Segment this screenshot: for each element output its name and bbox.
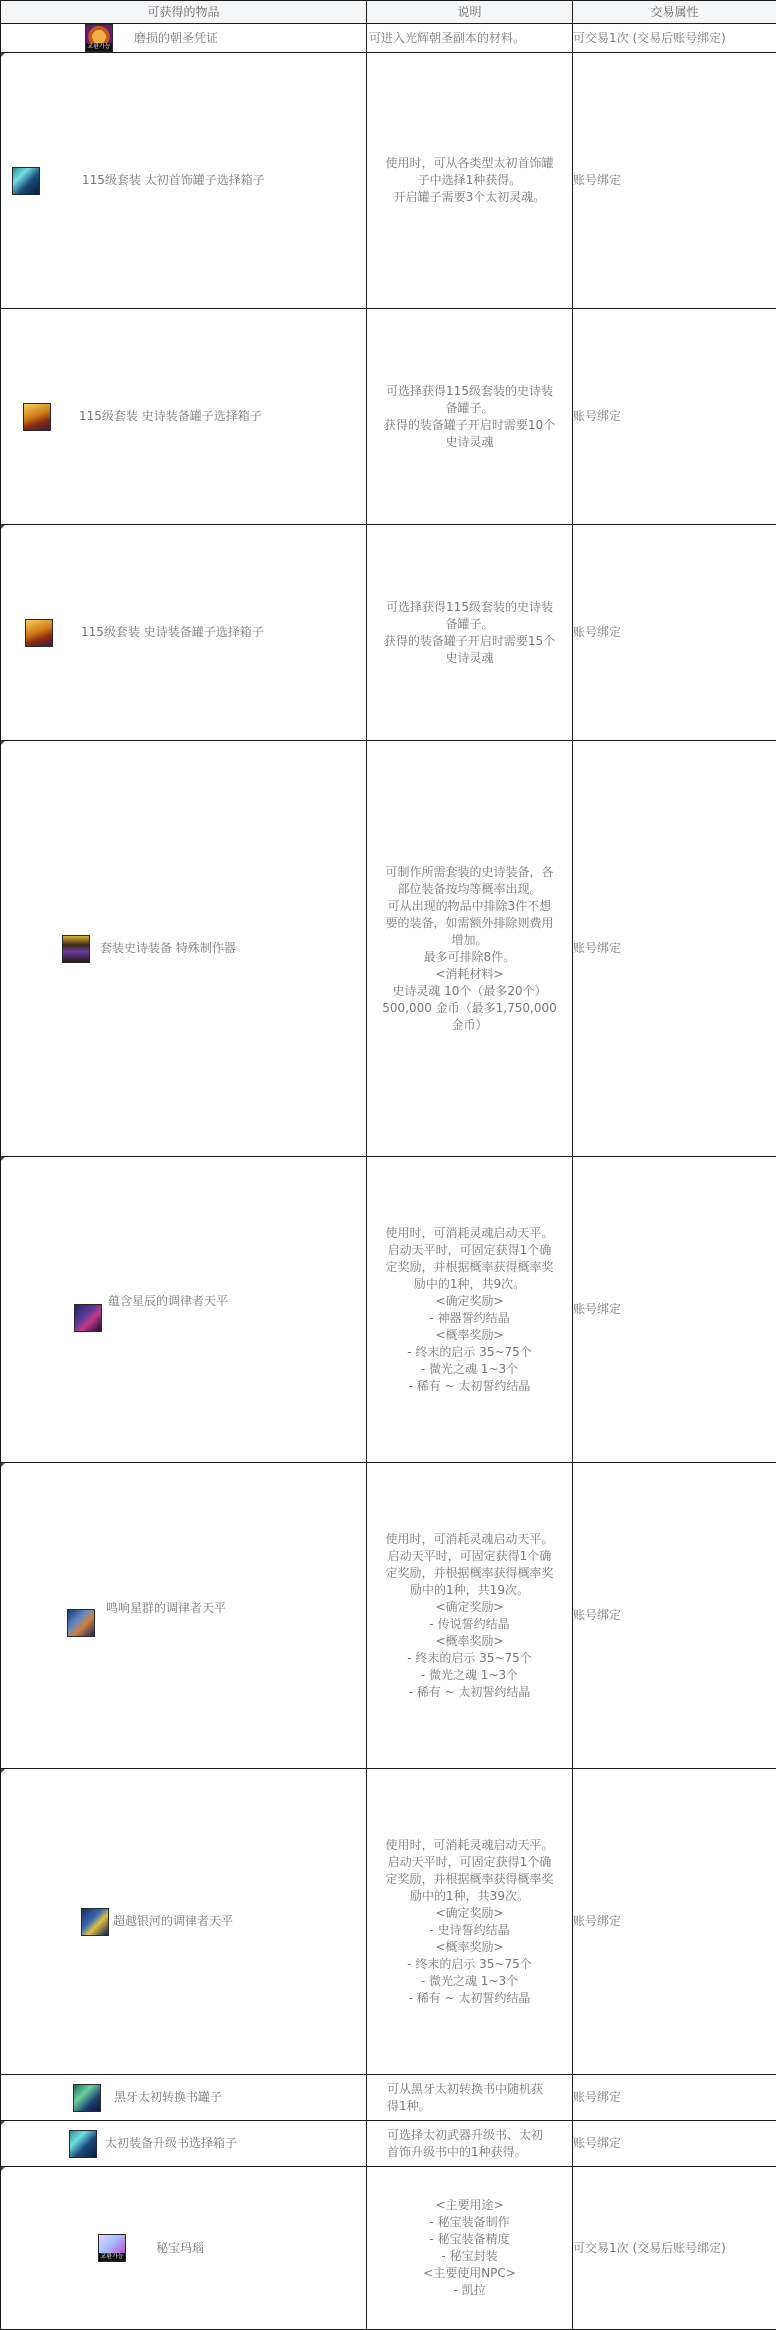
description-line: - 微光之魂 1~3个 (367, 1361, 572, 1378)
description-line: 开启罐子需要3个太初灵魂。 (367, 189, 572, 206)
item-description: 使用时，可从各类型太初首饰罐 子中选择1种获得。 开启罐子需要3个太初灵魂。 (367, 53, 573, 309)
description-line: 备罐子。 (367, 400, 572, 417)
description-line: 使用时，可消耗灵魂启动天平。 (367, 1837, 572, 1854)
item-description: 可从黑牙太初转换书中随机获 得1种。 (367, 2075, 573, 2121)
table-row: 鸣响星群的调律者天平 使用时，可消耗灵魂启动天平。 启动天平时，可固定获得1个确… (1, 1463, 776, 1769)
trade-attribute: 账号绑定 (573, 1157, 776, 1463)
description-line: 启动天平时，可固定获得1个确 (367, 1854, 572, 1871)
item-description: <主要用途> - 秘宝装备制作 - 秘宝装备精度 - 秘宝封装 <主要使用NPC… (367, 2167, 573, 2324)
description-line: <确定奖励> (367, 1599, 572, 1616)
constellation-scale-icon (67, 1609, 95, 1637)
description-line: 可选择太初武器升级书、太初 (387, 2127, 572, 2144)
table-row: 超越银河的调律者天平 使用时，可消耗灵魂启动天平。 启动天平时，可固定获得1个确… (1, 1769, 776, 2075)
description-line: 史诗灵魂 (367, 650, 572, 667)
description-line: 获得的装备罐子开启时需要10个 (367, 417, 572, 434)
item-description: 可选择获得115级套装的史诗装 备罐子。 获得的装备罐子开启时需要15个 史诗灵… (367, 525, 573, 741)
gold-box-icon (25, 619, 53, 647)
description-line: 使用时，可消耗灵魂启动天平。 (367, 1531, 572, 1548)
item-cell: 鸣响星群的调律者天平 (1, 1463, 367, 1769)
description-line: <消耗材料> (367, 966, 572, 983)
trade-attribute: 账号绑定 (573, 309, 776, 525)
item-cell: 교환가능 秘宝玛瑙 (1, 2167, 367, 2324)
table-row: 套装史诗装备 特殊制作器 可制作所需套装的史诗装备，各 部位装备按均等概率出现。… (1, 741, 776, 1157)
description-line: 定奖励，并根据概率获得概率奖 (367, 1565, 572, 1582)
table-row: 黑牙太初转换书罐子 可从黑牙太初转换书中随机获 得1种。 账号绑定 (1, 2075, 776, 2121)
item-cell: 교환가능 磨损的朝圣凭证 (1, 24, 367, 53)
description-line: 子中选择1种获得。 (367, 172, 572, 189)
description-line: <确定奖励> (367, 1293, 572, 1310)
description-line: 启动天平时，可固定获得1个确 (367, 1242, 572, 1259)
description-line: - 终末的启示 35~75个 (367, 1344, 572, 1361)
header-trade-attribute: 交易属性 (573, 1, 776, 24)
upgrade-book-box-icon (69, 2130, 97, 2158)
pilgrim-token-icon: 교환가능 (85, 24, 113, 52)
item-name: 套装史诗装备 特殊制作器 (100, 940, 236, 957)
comment-marker (1, 1769, 5, 1773)
description-line: - 传说誓约结晶 (367, 1616, 572, 1633)
table-row: 115级套装 太初首饰罐子选择箱子 使用时，可从各类型太初首饰罐 子中选择1种获… (1, 53, 776, 309)
description-line: - 秘宝装备制作 (367, 2214, 572, 2231)
trade-attribute: 可交易1次 (交易后账号绑定) (573, 24, 776, 53)
header-obtainable-items: 可获得的物品 (1, 1, 367, 24)
description-line: 励中的1种，共19次。 (367, 1582, 572, 1599)
item-cell: 蕴含星辰的调律者天平 (1, 1157, 367, 1463)
table-row: 115级套装 史诗装备罐子选择箱子 可选择获得115级套装的史诗装 备罐子。 获… (1, 525, 776, 741)
item-name: 磨损的朝圣凭证 (134, 30, 218, 47)
description-line: - 微光之魂 1~3个 (367, 1667, 572, 1684)
item-cell: 115级套装 史诗装备罐子选择箱子 (1, 309, 367, 525)
description-line: <概率奖励> (367, 1327, 572, 1344)
description-line: 得1种。 (387, 2098, 572, 2115)
trade-attribute: 账号绑定 (573, 53, 776, 309)
comment-marker (1, 525, 5, 529)
item-cell: 套装史诗装备 特殊制作器 (1, 741, 367, 1157)
description-line: - 秘宝装备精度 (367, 2231, 572, 2248)
description-line: 定奖励，并根据概率获得概率奖 (367, 1259, 572, 1276)
description-line: 金币） (367, 1017, 572, 1034)
description-line: <主要用途> (367, 2197, 572, 2214)
description-line: 部位装备按均等概率出现。 (367, 881, 572, 898)
description-line: - 凯拉 (367, 2282, 572, 2299)
description-line: 可进入光辉朝圣副本的材料。 (369, 30, 572, 47)
description-line: - 秘宝封装 (367, 2248, 572, 2265)
description-line: - 稀有 ~ 太初誓约结晶 (367, 1684, 572, 1701)
description-line: 最多可排除8件。 (367, 949, 572, 966)
comment-marker (1, 53, 5, 57)
table-row: 蕴含星辰的调律者天平 使用时，可消耗灵魂启动天平。 启动天平时，可固定获得1个确… (1, 1157, 776, 1463)
description-line: 使用时，可消耗灵魂启动天平。 (367, 1225, 572, 1242)
treasure-agate-icon: 교환가능 (98, 2234, 126, 2262)
galaxy-scale-icon (81, 1908, 109, 1936)
description-line: <确定奖励> (367, 1905, 572, 1922)
teal-box-icon (12, 167, 40, 195)
item-cell: 超越银河的调律者天平 (1, 1769, 367, 2075)
trade-attribute: 账号绑定 (573, 1463, 776, 1769)
description-line: - 终末的启示 35~75个 (367, 1650, 572, 1667)
item-cell: 太初装备升级书选择箱子 (1, 2121, 367, 2167)
item-description: 可选择太初武器升级书、太初 首饰升级书中的1种获得。 (367, 2121, 573, 2167)
description-line: 可从出现的物品中排除3件不想 (367, 898, 572, 915)
description-line: 定奖励，并根据概率获得概率奖 (367, 1871, 572, 1888)
item-name: 蕴含星辰的调律者天平 (108, 1293, 228, 1310)
trade-attribute: 账号绑定 (573, 525, 776, 741)
item-cell: 115级套装 太初首饰罐子选择箱子 (1, 53, 367, 309)
description-line: - 微光之魂 1~3个 (367, 1973, 572, 1990)
description-line: 励中的1种，共9次。 (367, 1276, 572, 1293)
table-row: 교환가능 磨损的朝圣凭证 可进入光辉朝圣副本的材料。 可交易1次 (交易后账号绑… (1, 24, 776, 53)
description-line: 增加。 (367, 932, 572, 949)
comment-marker (1, 1463, 5, 1467)
items-table: 可获得的物品 说明 交易属性 교환가능 磨损的朝圣凭证 可进入光辉朝圣副本的材料… (0, 0, 776, 2323)
description-line: 备罐子。 (367, 616, 572, 633)
conversion-book-jar-icon (73, 2084, 101, 2112)
table-header-row: 可获得的物品 说明 交易属性 (1, 1, 776, 24)
item-cell: 115级套装 史诗装备罐子选择箱子 (1, 525, 367, 741)
item-name: 115级套装 史诗装备罐子选择箱子 (79, 408, 262, 425)
header-description: 说明 (367, 1, 573, 24)
item-description: 可进入光辉朝圣副本的材料。 (367, 24, 573, 53)
star-scale-icon (74, 1304, 102, 1332)
item-description: 可选择获得115级套装的史诗装 备罐子。 获得的装备罐子开启时需要10个 史诗灵… (367, 309, 573, 525)
item-name: 115级套装 史诗装备罐子选择箱子 (81, 624, 264, 641)
description-line: 首饰升级书中的1种获得。 (387, 2144, 572, 2161)
description-line: 史诗灵魂 10个（最多20个） (367, 983, 572, 1000)
item-name: 115级套装 太初首饰罐子选择箱子 (82, 172, 265, 189)
description-line: <概率奖励> (367, 1939, 572, 1956)
tradeable-label: 교환가능 (86, 43, 112, 51)
gold-box-icon (23, 403, 51, 431)
special-maker-icon (62, 935, 90, 963)
item-description: 使用时，可消耗灵魂启动天平。 启动天平时，可固定获得1个确 定奖励，并根据概率获… (367, 1769, 573, 2075)
tradeable-label: 교환가능 (99, 2253, 125, 2261)
item-name: 秘宝玛瑙 (156, 2240, 204, 2257)
item-name: 黑牙太初转换书罐子 (114, 2089, 222, 2106)
description-line: 启动天平时，可固定获得1个确 (367, 1548, 572, 1565)
comment-marker (1, 741, 5, 745)
description-line: 要的装备，如需额外排除则费用 (367, 915, 572, 932)
description-line: 可从黑牙太初转换书中随机获 (387, 2081, 572, 2098)
table-row: 太初装备升级书选择箱子 可选择太初武器升级书、太初 首饰升级书中的1种获得。 账… (1, 2121, 776, 2167)
item-name: 太初装备升级书选择箱子 (105, 2135, 237, 2152)
trade-attribute: 账号绑定 (573, 2121, 776, 2167)
trade-attribute: 账号绑定 (573, 741, 776, 1157)
description-line: <概率奖励> (367, 1633, 572, 1650)
item-name: 超越银河的调律者天平 (113, 1913, 233, 1930)
description-line: 可制作所需套装的史诗装备，各 (367, 864, 572, 881)
item-description: 使用时，可消耗灵魂启动天平。 启动天平时，可固定获得1个确 定奖励，并根据概率获… (367, 1157, 573, 1463)
description-line: 励中的1种，共39次。 (367, 1888, 572, 1905)
description-line: <主要使用NPC> (367, 2265, 572, 2282)
description-line: 获得的装备罐子开启时需要15个 (367, 633, 572, 650)
item-description: 使用时，可消耗灵魂启动天平。 启动天平时，可固定获得1个确 定奖励，并根据概率获… (367, 1463, 573, 1769)
trade-attribute: 可交易1次 (交易后账号绑定) (573, 2167, 776, 2324)
trade-attribute: 账号绑定 (573, 2075, 776, 2121)
item-name: 鸣响星群的调律者天平 (106, 1600, 226, 1617)
item-description: 可制作所需套装的史诗装备，各 部位装备按均等概率出现。 可从出现的物品中排除3件… (367, 741, 573, 1157)
comment-marker (1, 2167, 5, 2171)
description-line: 可选择获得115级套装的史诗装 (367, 599, 572, 616)
description-line: - 稀有 ~ 太初誓约结晶 (367, 1990, 572, 2007)
description-line: 500,000 金币（最多1,750,000 (367, 1000, 572, 1017)
description-line: 使用时，可从各类型太初首饰罐 (367, 155, 572, 172)
description-line: - 稀有 ~ 太初誓约结晶 (367, 1378, 572, 1395)
description-line: - 终末的启示 35~75个 (367, 1956, 572, 1973)
table-row: 교환가능 秘宝玛瑙 <主要用途> - 秘宝装备制作 - 秘宝装备精度 - 秘宝封… (1, 2167, 776, 2324)
description-line: 史诗灵魂 (367, 434, 572, 451)
description-line: - 神器誓约结晶 (367, 1310, 572, 1327)
description-line: - 史诗誓约结晶 (367, 1922, 572, 1939)
trade-attribute: 账号绑定 (573, 1769, 776, 2075)
description-line: 可选择获得115级套装的史诗装 (367, 383, 572, 400)
comment-marker (1, 1157, 5, 1161)
comment-marker (1, 2121, 5, 2125)
item-cell: 黑牙太初转换书罐子 (1, 2075, 367, 2121)
table-row: 115级套装 史诗装备罐子选择箱子 可选择获得115级套装的史诗装 备罐子。 获… (1, 309, 776, 525)
